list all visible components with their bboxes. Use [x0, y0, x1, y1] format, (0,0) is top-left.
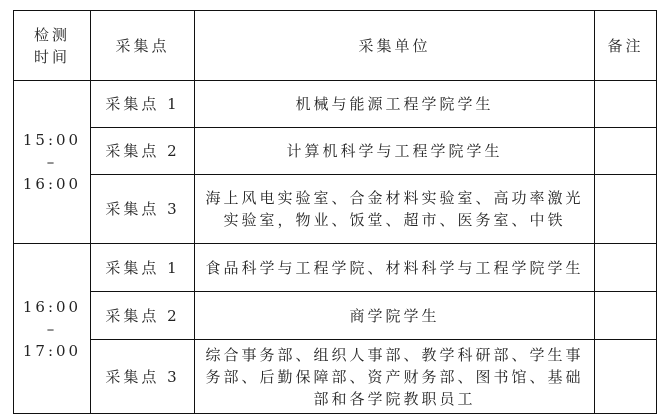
unit-cell: 计算机科学与工程学院学生	[195, 128, 595, 175]
time-slot-1: 15:00 – 16:00	[14, 81, 91, 244]
time-slot-2: 16:00 – 17:00	[14, 244, 91, 414]
time-end: 17:00	[20, 340, 84, 362]
table-row: 采集点 3 综合事务部、组织人事部、教学科研部、学生事务部、后勤保障部、资产财务…	[14, 340, 657, 414]
header-point: 采集点	[91, 11, 195, 81]
note-cell	[595, 340, 657, 414]
sampling-schedule-table: 检测 时间 采集点 采集单位 备注 15:00 – 16:00 采集点 1 机械…	[13, 10, 657, 414]
time-start: 16:00	[20, 296, 84, 318]
note-cell	[595, 81, 657, 128]
point-cell: 采集点 2	[91, 128, 195, 175]
note-cell	[595, 175, 657, 244]
point-cell: 采集点 1	[91, 81, 195, 128]
time-separator: –	[20, 151, 84, 173]
time-end: 16:00	[20, 173, 84, 195]
time-start: 15:00	[20, 129, 84, 151]
note-cell	[595, 244, 657, 292]
table-row: 16:00 – 17:00 采集点 1 食品科学与工程学院、材料科学与工程学院学…	[14, 244, 657, 292]
unit-cell: 海上风电实验室、合金材料实验室、高功率激光实验室，物业、饭堂、超市、医务室、中铁	[195, 175, 595, 244]
point-cell: 采集点 1	[91, 244, 195, 292]
point-cell: 采集点 2	[91, 292, 195, 340]
header-time-line1: 检测	[20, 24, 84, 46]
unit-cell: 机械与能源工程学院学生	[195, 81, 595, 128]
unit-cell: 商学院学生	[195, 292, 595, 340]
table-row: 采集点 3 海上风电实验室、合金材料实验室、高功率激光实验室，物业、饭堂、超市、…	[14, 175, 657, 244]
table-row: 15:00 – 16:00 采集点 1 机械与能源工程学院学生	[14, 81, 657, 128]
header-note: 备注	[595, 11, 657, 81]
unit-cell: 综合事务部、组织人事部、教学科研部、学生事务部、后勤保障部、资产财务部、图书馆、…	[195, 340, 595, 414]
time-separator: –	[20, 318, 84, 340]
point-cell: 采集点 3	[91, 175, 195, 244]
unit-cell: 食品科学与工程学院、材料科学与工程学院学生	[195, 244, 595, 292]
header-time-line2: 时间	[20, 46, 84, 68]
note-cell	[595, 292, 657, 340]
table-row: 采集点 2 商学院学生	[14, 292, 657, 340]
table-row: 采集点 2 计算机科学与工程学院学生	[14, 128, 657, 175]
header-row: 检测 时间 采集点 采集单位 备注	[14, 11, 657, 81]
point-cell: 采集点 3	[91, 340, 195, 414]
header-time: 检测 时间	[14, 11, 91, 81]
note-cell	[595, 128, 657, 175]
header-unit: 采集单位	[195, 11, 595, 81]
